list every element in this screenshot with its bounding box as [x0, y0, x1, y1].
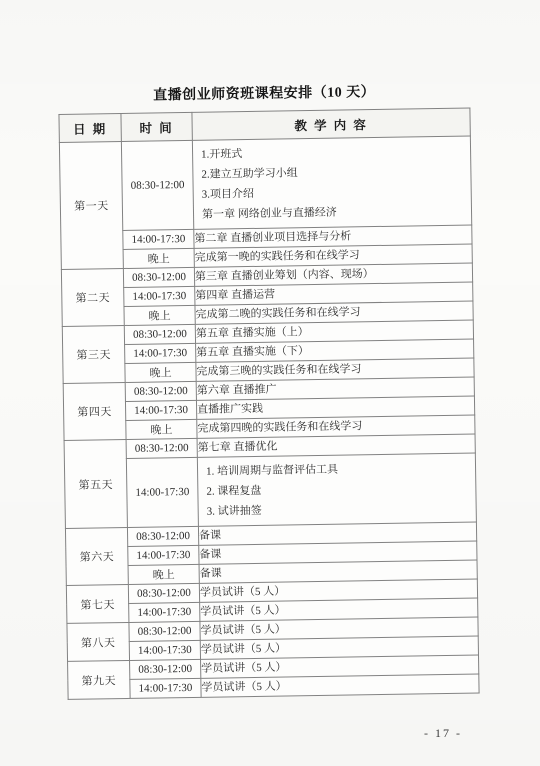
session-time: 14:00-17:30 — [126, 457, 198, 527]
session-time: 晚上 — [123, 248, 194, 268]
day-label: 第三天 — [62, 325, 125, 383]
session-time: 14:00-17:30 — [124, 286, 195, 306]
day-label: 第五天 — [64, 439, 127, 528]
scanned-page: 直播创业师资班课程安排（10 天） 日 期 时 间 教 学 内 容 第一天08:… — [58, 80, 480, 700]
session-time: 14:00-17:30 — [128, 545, 199, 565]
session-time: 08:30-12:00 — [121, 140, 193, 230]
session-time: 08:30-12:00 — [126, 438, 197, 458]
content-line: 第一章 网络创业与直播经济 — [202, 201, 463, 225]
day-label: 第九天 — [68, 660, 131, 699]
page-title: 直播创业师资班课程安排（10 天） — [58, 80, 470, 106]
session-time: 14:00-17:30 — [129, 640, 200, 660]
session-content: 1. 培训周期与监督评估工具2. 课程复盘3. 试讲抽签 — [197, 453, 476, 526]
session-time: 08:30-12:00 — [127, 526, 198, 546]
session-time: 08:30-12:00 — [128, 583, 199, 603]
session-time: 晚上 — [125, 362, 196, 382]
session-time: 晚上 — [124, 305, 195, 325]
session-time: 08:30-12:00 — [130, 659, 201, 679]
day-label: 第四天 — [63, 382, 126, 440]
schedule-body: 第一天08:30-12:001.开班式2.建立互助学习小组3.项目介绍第一章 网… — [59, 136, 479, 699]
table-row: 第一天08:30-12:001.开班式2.建立互助学习小组3.项目介绍第一章 网… — [59, 136, 471, 231]
session-time: 14:00-17:30 — [123, 229, 194, 249]
session-time: 晚上 — [126, 419, 197, 439]
session-content: 1.开班式2.建立互助学习小组3.项目介绍第一章 网络创业与直播经济 — [192, 136, 471, 229]
day-label: 第二天 — [61, 268, 124, 326]
session-time: 14:00-17:30 — [129, 602, 200, 622]
session-content: 学员试讲（5 人） — [201, 674, 479, 697]
day-label: 第七天 — [66, 584, 129, 623]
day-label: 第八天 — [67, 622, 130, 661]
session-time: 14:00-17:30 — [130, 678, 201, 698]
page-number: - 17 - — [424, 726, 462, 741]
session-time: 08:30-12:00 — [125, 381, 196, 401]
session-time: 08:30-12:00 — [123, 267, 194, 287]
column-header-time: 时 间 — [121, 112, 192, 141]
session-time: 14:00-17:30 — [125, 400, 196, 420]
content-line: 3. 试讲抽签 — [207, 498, 468, 522]
column-header-content: 教 学 内 容 — [192, 108, 470, 140]
column-header-date: 日 期 — [59, 114, 121, 143]
day-label: 第一天 — [59, 142, 123, 270]
session-time: 14:00-17:30 — [125, 343, 196, 363]
session-time: 08:30-12:00 — [124, 324, 195, 344]
course-schedule-table: 日 期 时 间 教 学 内 容 第一天08:30-12:001.开班式2.建立互… — [58, 108, 479, 700]
session-time: 08:30-12:00 — [129, 621, 200, 641]
session-time: 晚上 — [128, 564, 199, 584]
content-line: 学员试讲（5 人） — [201, 674, 478, 696]
day-label: 第六天 — [65, 527, 128, 585]
